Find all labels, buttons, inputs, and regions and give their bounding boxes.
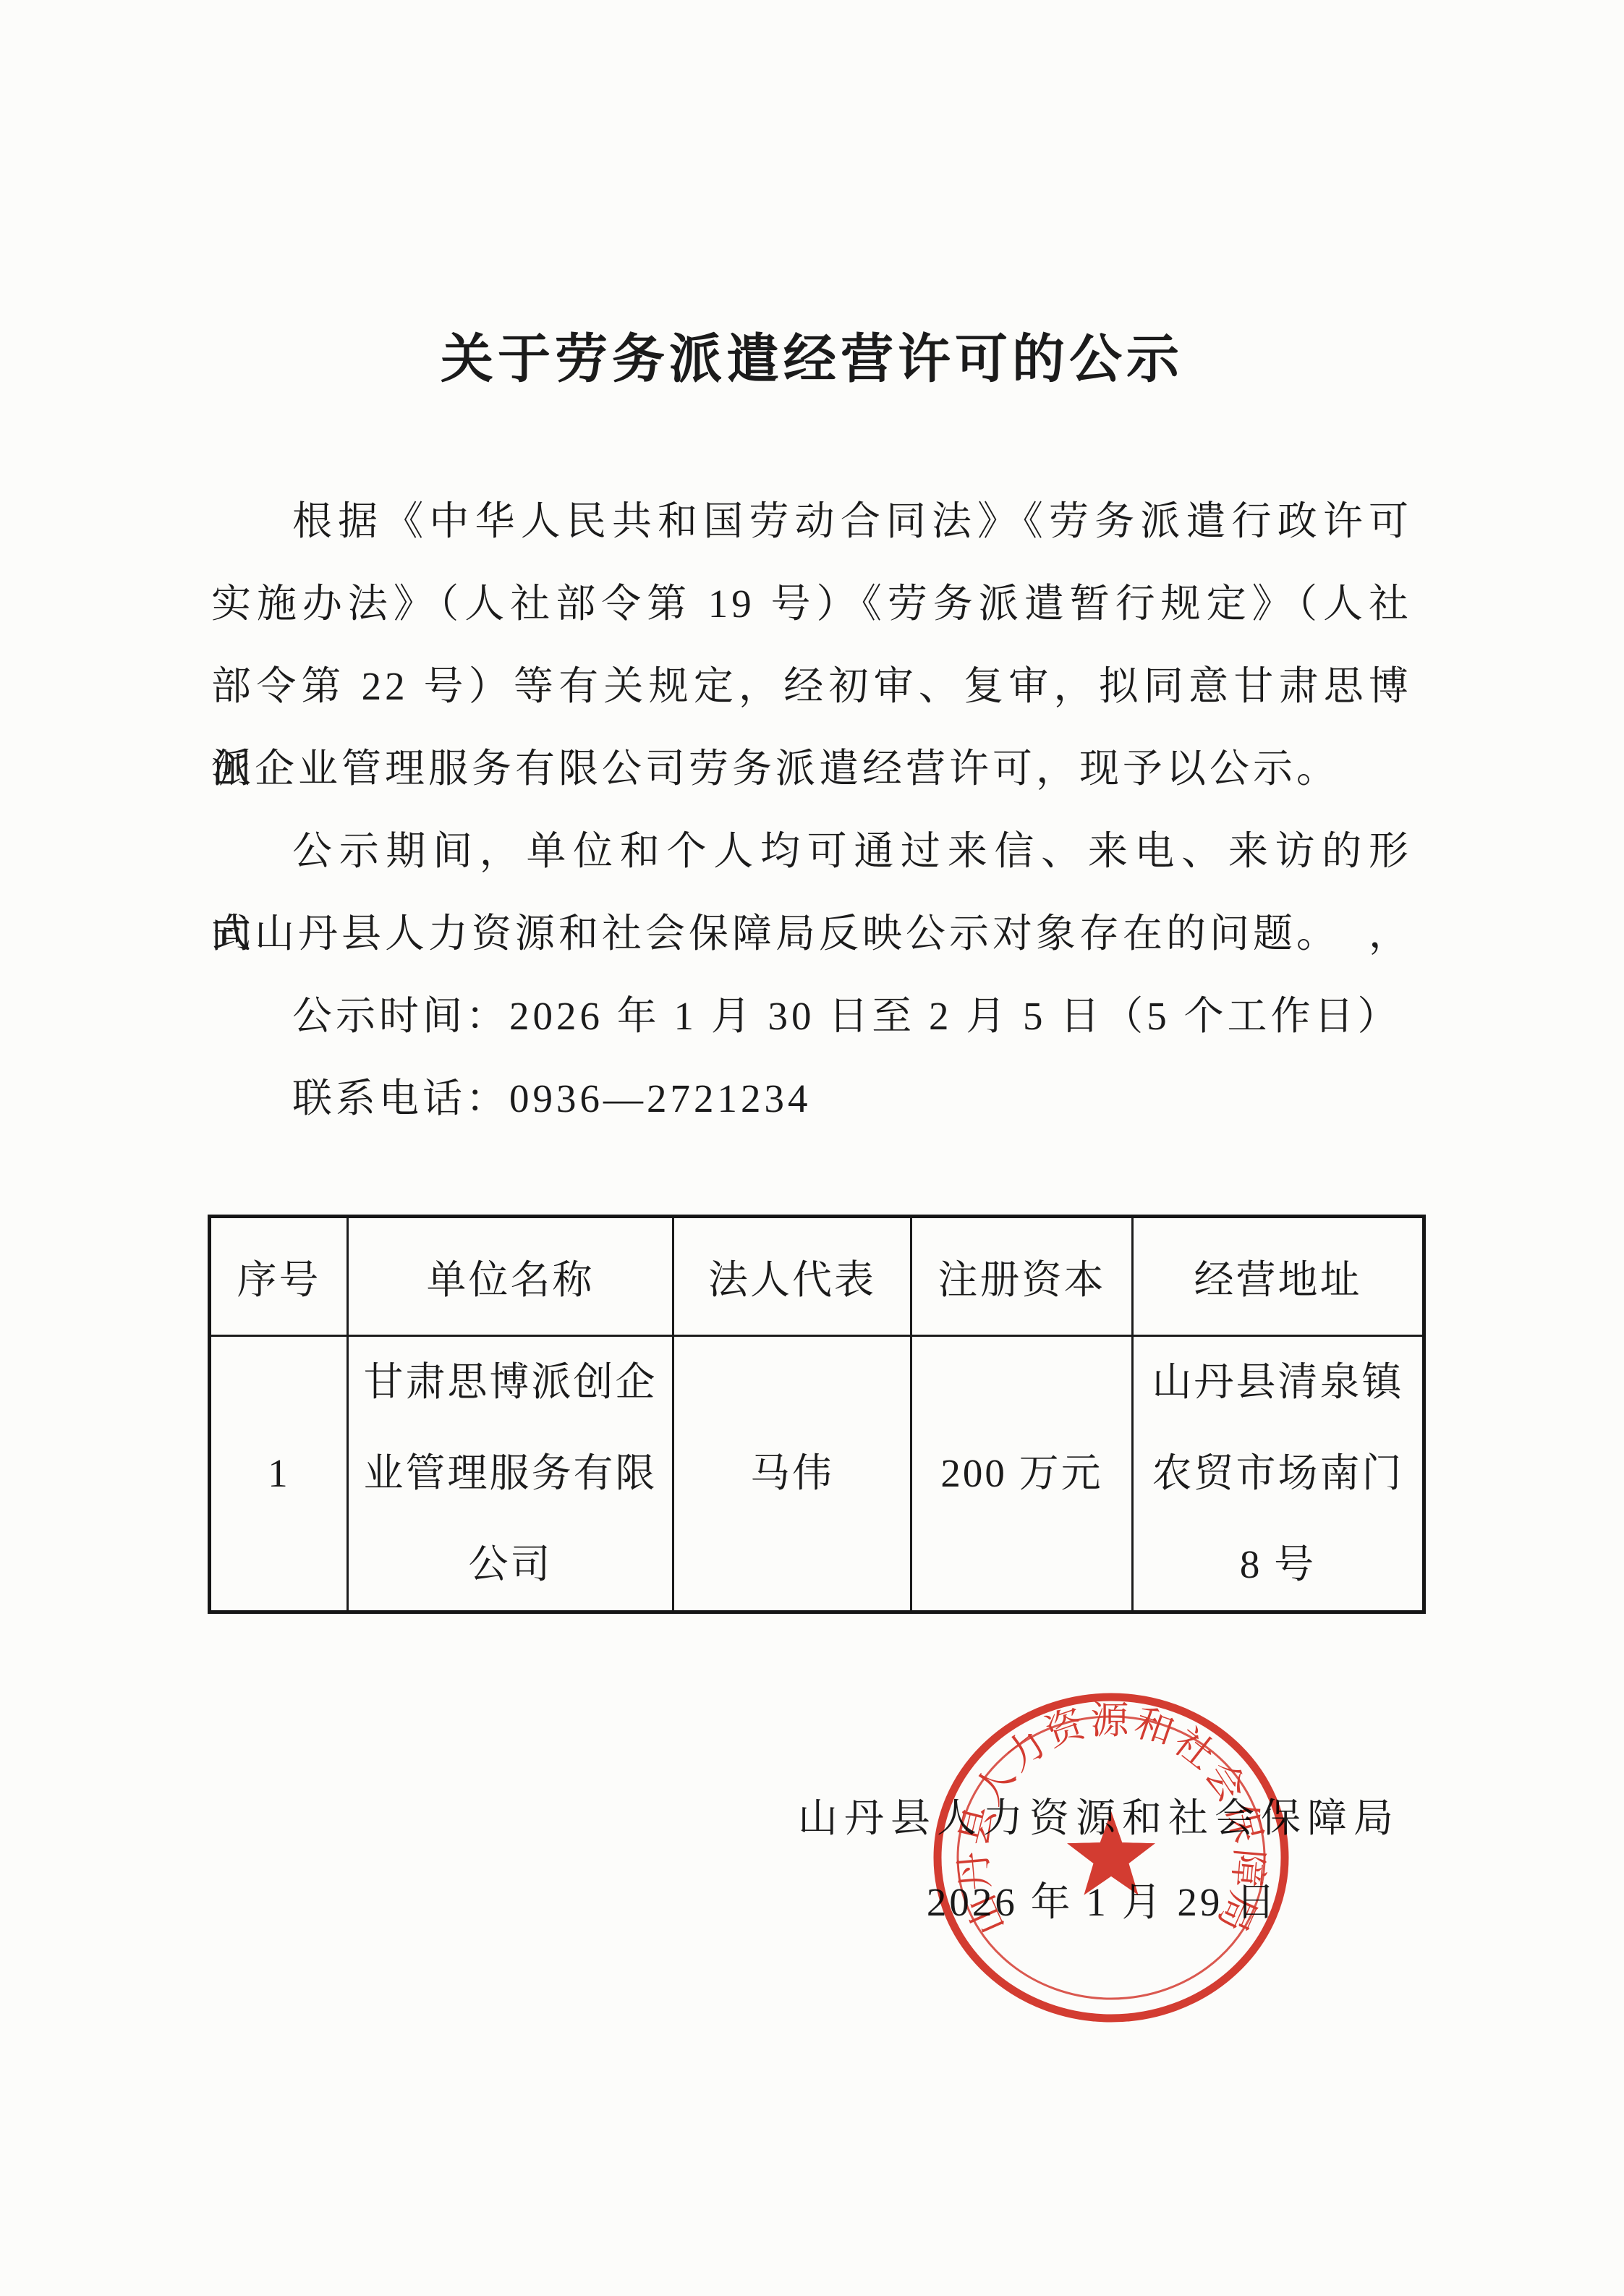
cell-address: 山丹县清泉镇农贸市场南门 8 号 xyxy=(1133,1336,1424,1612)
header-capital: 注册资本 xyxy=(911,1217,1133,1336)
header-serial-no: 序号 xyxy=(210,1217,348,1336)
table-row: 1 甘肃思博派创企业管理服务有限公司 马伟 200 万元 山丹县清泉镇农贸市场南… xyxy=(210,1336,1424,1612)
body-line: 根据《中华人民共和国劳动合同法》《劳务派遣行政许可 xyxy=(211,480,1412,563)
cell-legal-rep: 马伟 xyxy=(673,1336,911,1612)
cell-serial-no: 1 xyxy=(210,1336,348,1612)
body-line: 实施办法》（人社部令第 19 号）《劳务派遣暂行规定》（人社 xyxy=(211,563,1412,645)
body-line: 部令第 22 号）等有关规定，经初审、复审，拟同意甘肃思博派 xyxy=(211,645,1412,728)
body-line: 公示期间，单位和个人均可通过来信、来电、来访的形式， xyxy=(211,810,1412,893)
body-line: 联系电话：0936—2721234 xyxy=(211,1058,1412,1140)
header-company-name: 单位名称 xyxy=(348,1217,673,1336)
header-legal-rep: 法人代表 xyxy=(673,1217,911,1336)
table-header-row: 序号 单位名称 法人代表 注册资本 经营地址 xyxy=(210,1217,1424,1336)
document-title: 关于劳务派遣经营许可的公示 xyxy=(0,316,1624,392)
official-seal: 山丹县人力资源和社会保障局 xyxy=(923,1680,1299,2035)
body-line: 创企业管理服务有限公司劳务派遣经营许可，现予以公示。 xyxy=(211,728,1412,810)
body-line: 向山丹县人力资源和社会保障局反映公示对象存在的问题。 xyxy=(211,893,1412,975)
announcement-body: 根据《中华人民共和国劳动合同法》《劳务派遣行政许可 实施办法》（人社部令第 19… xyxy=(211,480,1412,1140)
document-page: 关于劳务派遣经营许可的公示 根据《中华人民共和国劳动合同法》《劳务派遣行政许可 … xyxy=(0,0,1624,2296)
header-address: 经营地址 xyxy=(1133,1217,1424,1336)
cell-capital: 200 万元 xyxy=(911,1336,1133,1612)
body-line: 公示时间：2026 年 1 月 30 日至 2 月 5 日（5 个工作日） xyxy=(211,975,1412,1058)
cell-company-name: 甘肃思博派创企业管理服务有限公司 xyxy=(348,1336,673,1612)
announcement-table: 序号 单位名称 法人代表 注册资本 经营地址 1 甘肃思博派创企业管理服务有限公… xyxy=(208,1215,1426,1614)
seal-star-fill xyxy=(1067,1811,1155,1895)
